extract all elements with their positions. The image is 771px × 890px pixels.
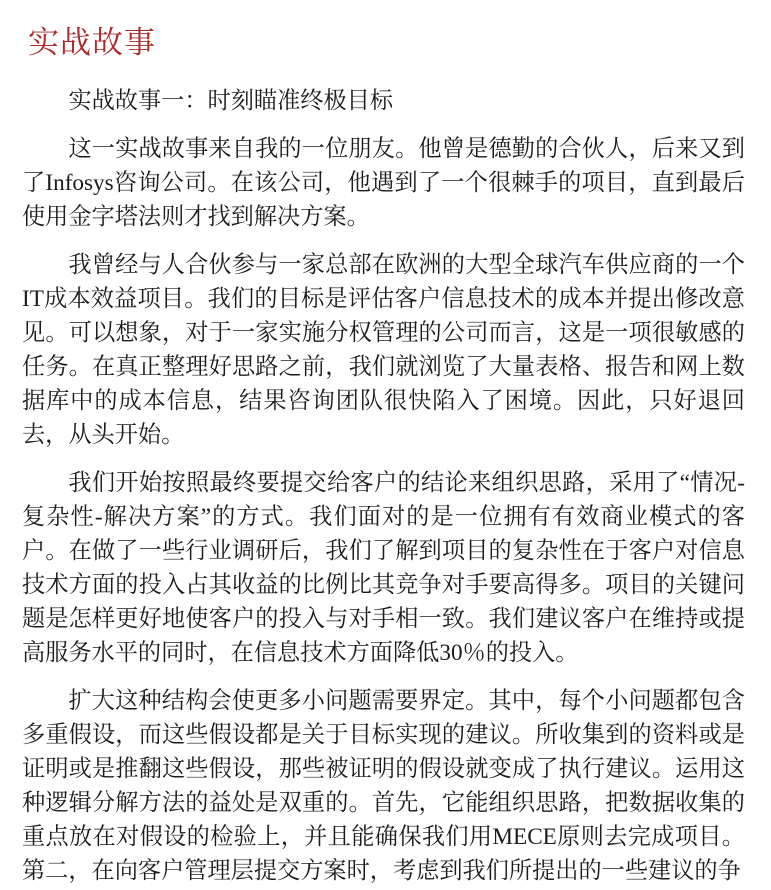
ebook-page: 实战故事 实战故事一：时刻瞄准终极目标 这一实战故事来自我的一位朋友。他曾是德勤…: [0, 0, 771, 890]
story-subheading: 实战故事一：时刻瞄准终极目标: [22, 84, 745, 118]
paragraph-4: 扩大这种结构会使更多小问题需要界定。其中，每个小问题都包含多重假设，而这些假设都…: [22, 684, 745, 888]
chapter-heading: 实战故事: [22, 26, 745, 60]
paragraph-1: 这一实战故事来自我的一位朋友。他曾是德勤的合伙人，后来又到了Infosys咨询公…: [22, 132, 745, 234]
paragraph-3: 我们开始按照最终要提交给客户的结论来组织思路，采用了“情况-复杂性-解决方案”的…: [22, 466, 745, 670]
paragraph-2: 我曾经与人合伙参与一家总部在欧洲的大型全球汽车供应商的一个IT成本效益项目。我们…: [22, 248, 745, 452]
